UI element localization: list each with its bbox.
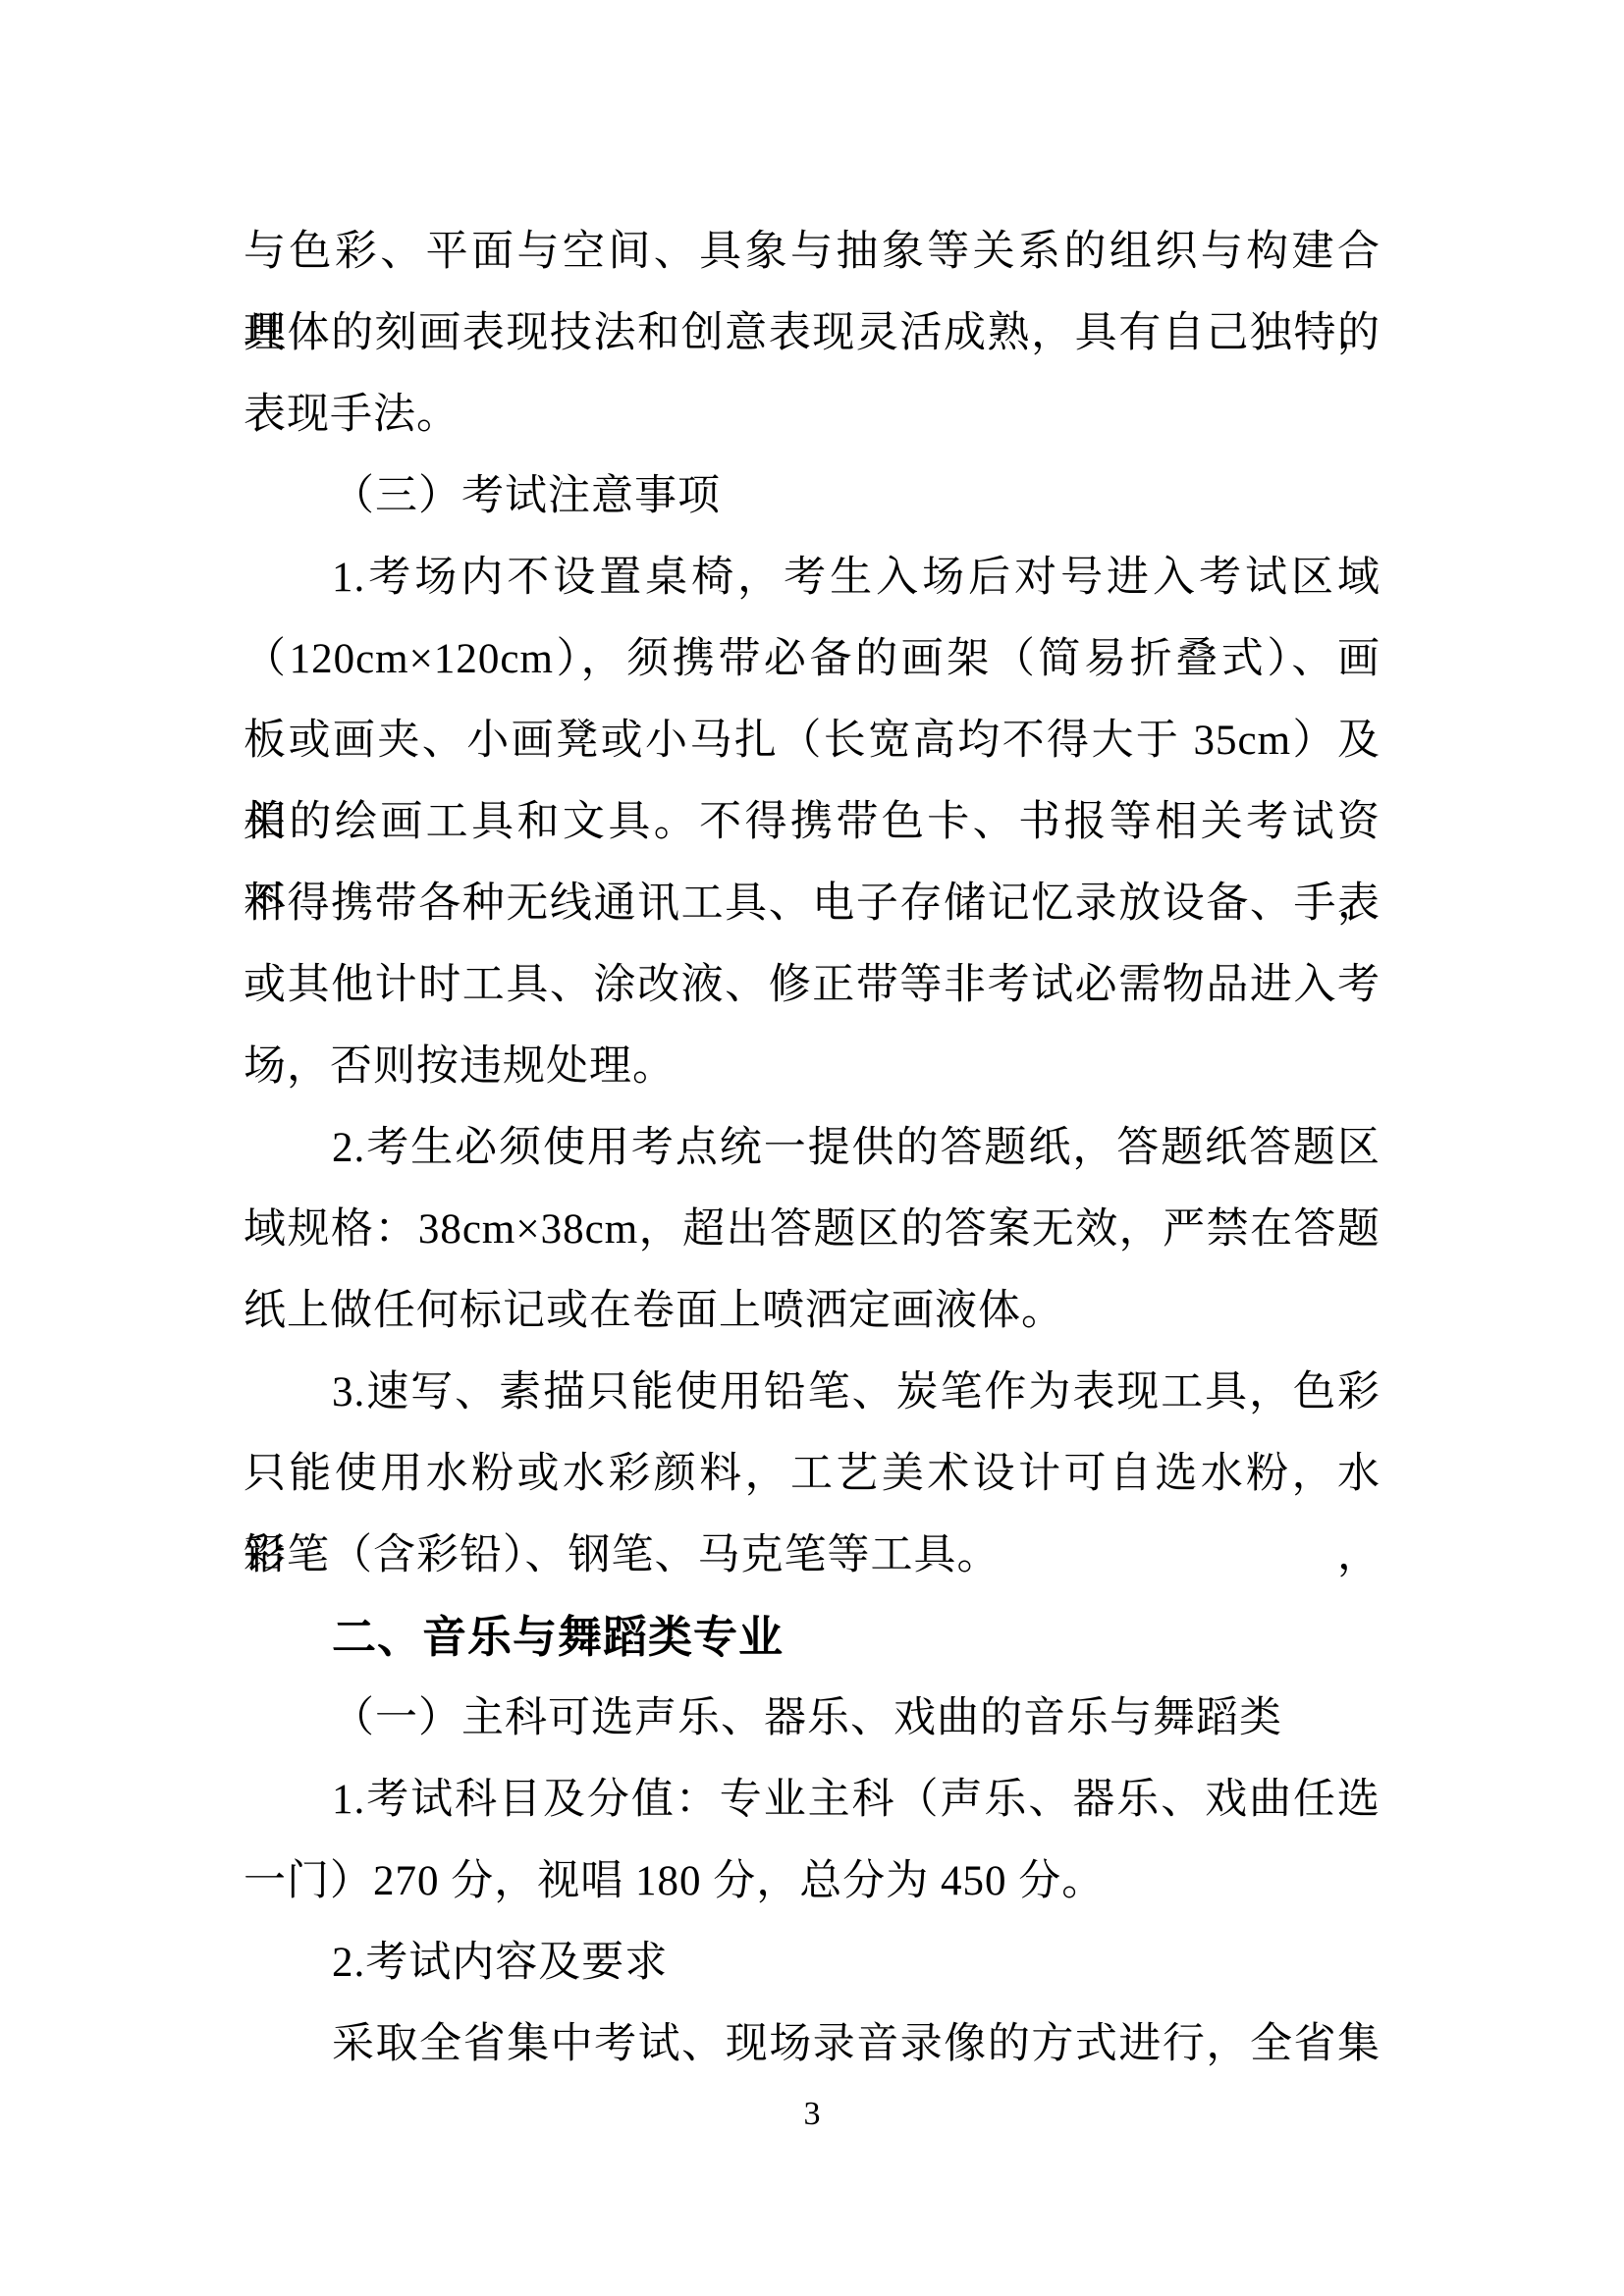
text-line: （一）主科可选声乐、器乐、戏曲的音乐与舞蹈类 <box>244 1678 1380 1759</box>
document-body: 与色彩、平面与空间、具象与抽象等关系的组织与构建合理，具体的刻画表现技法和创意表… <box>244 211 1380 2085</box>
text-line: 采取全省集中考试、现场录音录像的方式进行，全省集 <box>244 2003 1380 2085</box>
text-line: 不得携带各种无线通讯工具、电子存储记忆录放设备、手表 <box>244 863 1380 944</box>
text-line: 场，否则按违规处理。 <box>244 1026 1380 1107</box>
text-line: 1.考场内不设置桌椅，考生入场后对号进入考试区域 <box>244 537 1380 618</box>
text-line: 表现手法。 <box>244 374 1380 455</box>
text-line: 关的绘画工具和文具。不得携带色卡、书报等相关考试资料， <box>244 781 1380 863</box>
document-page: 与色彩、平面与空间、具象与抽象等关系的组织与构建合理，具体的刻画表现技法和创意表… <box>0 0 1624 2296</box>
text-line: 与色彩、平面与空间、具象与抽象等关系的组织与构建合理， <box>244 211 1380 293</box>
text-line: （三）考试注意事项 <box>244 455 1380 537</box>
text-line: 3.速写、素描只能使用铅笔、炭笔作为表现工具，色彩 <box>244 1352 1380 1433</box>
text-line: 域规格：38cm×38cm，超出答题区的答案无效，严禁在答题 <box>244 1189 1380 1270</box>
text-line: 一门）270 分，视唱 180 分，总分为 450 分。 <box>244 1841 1380 1922</box>
text-line: 或其他计时工具、涂改液、修正带等非考试必需物品进入考 <box>244 944 1380 1026</box>
text-line: （120cm×120cm），须携带必备的画架（简易折叠式）、画 <box>244 618 1380 700</box>
text-line: 纸上做任何标记或在卷面上喷洒定画液体。 <box>244 1270 1380 1352</box>
text-line: 2.考试内容及要求 <box>244 1922 1380 2003</box>
text-line: 具体的刻画表现技法和创意表现灵活成熟，具有自己独特的 <box>244 293 1380 374</box>
text-line: 1.考试科目及分值：专业主科（声乐、器乐、戏曲任选 <box>244 1759 1380 1841</box>
text-line: 板或画夹、小画凳或小马扎（长宽高均不得大于 35cm）及相 <box>244 700 1380 781</box>
section-heading: 二、音乐与舞蹈类专业 <box>244 1596 1380 1678</box>
page-number: 3 <box>0 2095 1624 2134</box>
text-line: 2.考生必须使用考点统一提供的答题纸，答题纸答题区 <box>244 1107 1380 1189</box>
text-line: 只能使用水粉或水彩颜料，工艺美术设计可自选水粉，水彩， <box>244 1433 1380 1515</box>
